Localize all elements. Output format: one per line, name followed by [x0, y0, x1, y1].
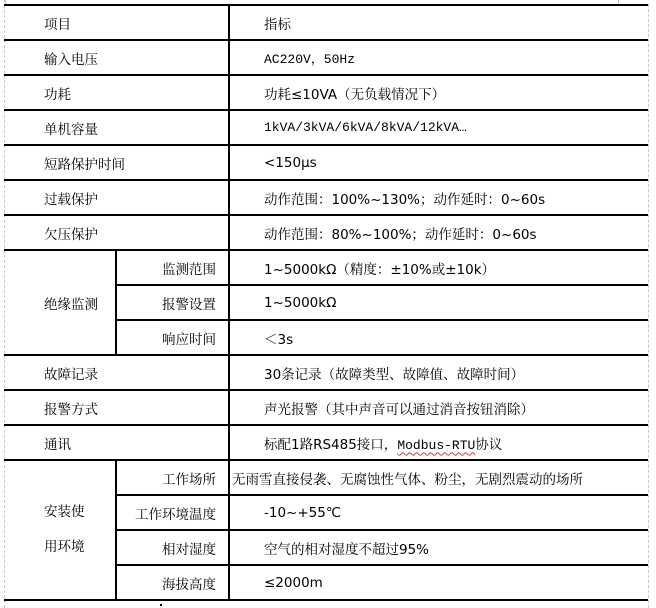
- sub-item-label: 响应时间: [116, 320, 229, 355]
- spec-table: 项目 指标 输入电压 AC220V，50Hz 功耗 功耗≤10VA（无负载情况下…: [4, 4, 648, 601]
- group-label-insulation: 绝缘监测: [4, 250, 116, 355]
- row-item-label: 欠压保护: [4, 215, 229, 250]
- row-value: 动作范围：100%~130%；动作延时：0~60s: [229, 180, 648, 215]
- table-row: 安装使 用环境 工作场所 无雨雪直接侵袭、无腐蚀性气体、粉尘，无剧烈震动的场所: [4, 460, 648, 495]
- protocol-name: Modbus-RTU: [397, 438, 475, 453]
- table-header-row: 项目 指标: [4, 5, 648, 40]
- row-item-label: 报警方式: [4, 390, 229, 425]
- row-value: ≤2000m: [229, 565, 648, 600]
- table-row: 功耗 功耗≤10VA（无负载情况下）: [4, 75, 648, 110]
- row-value: ＜3s: [229, 320, 648, 355]
- row-item-label: 功耗: [4, 75, 229, 110]
- group-label-line1: 安装使: [44, 495, 115, 530]
- row-value: <150μs: [229, 145, 648, 180]
- table-row: 短路保护时间 <150μs: [4, 145, 648, 180]
- row-item-label: 单机容量: [4, 110, 229, 145]
- row-value: 1~5000kΩ: [229, 285, 648, 320]
- row-value: 声光报警（其中声音可以通过消音按钮消除）: [229, 390, 648, 425]
- row-value: 无雨雪直接侵袭、无腐蚀性气体、粉尘，无剧烈震动的场所: [229, 460, 648, 495]
- row-value: 1~5000kΩ（精度：±10%或±10k）: [229, 250, 648, 285]
- row-item-label: 短路保护时间: [4, 145, 229, 180]
- table-row: 报警方式 声光报警（其中声音可以通过消音按钮消除）: [4, 390, 648, 425]
- row-value: 空气的相对湿度不超过95%: [229, 530, 648, 565]
- table-row: 绝缘监测 监测范围 1~5000kΩ（精度：±10%或±10k）: [4, 250, 648, 285]
- row-value: 功耗≤10VA（无负载情况下）: [229, 75, 648, 110]
- table-row: 输入电压 AC220V，50Hz: [4, 40, 648, 75]
- row-value: 标配1路RS485接口，Modbus-RTU协议: [229, 425, 648, 460]
- row-value: 30条记录（故障类型、故障值、故障时间）: [229, 355, 648, 390]
- row-item-label: 故障记录: [4, 355, 229, 390]
- table-row: 通讯 标配1路RS485接口，Modbus-RTU协议: [4, 425, 648, 460]
- paragraph-mark: [160, 604, 162, 606]
- row-item-label: 通讯: [4, 425, 229, 460]
- table-row: 故障记录 30条记录（故障类型、故障值、故障时间）: [4, 355, 648, 390]
- row-value: AC220V，50Hz: [229, 40, 648, 75]
- table-row: 单机容量 1kVA/3kVA/6kVA/8kVA/12kVA…: [4, 110, 648, 145]
- table-row: 欠压保护 动作范围：80%~100%；动作延时：0~60s: [4, 215, 648, 250]
- group-label-environment: 安装使 用环境: [4, 460, 116, 600]
- row-item-label: 输入电压: [4, 40, 229, 75]
- comm-suffix: 协议: [475, 437, 502, 453]
- table-row: 过载保护 动作范围：100%~130%；动作延时：0~60s: [4, 180, 648, 215]
- sub-item-label: 相对湿度: [116, 530, 229, 565]
- row-value: 1kVA/3kVA/6kVA/8kVA/12kVA…: [229, 110, 648, 145]
- row-item-label: 过载保护: [4, 180, 229, 215]
- sub-item-label: 报警设置: [116, 285, 229, 320]
- sub-item-label: 工作环境温度: [116, 495, 229, 530]
- header-item: 项目: [4, 5, 229, 40]
- page-margin-guide-right: [648, 4, 649, 608]
- row-value: -10~+55℃: [229, 495, 648, 530]
- comm-prefix: 标配1路RS485接口，: [264, 437, 397, 453]
- header-value: 指标: [229, 5, 648, 40]
- group-label-line2: 用环境: [44, 530, 115, 565]
- row-value: 动作范围：80%~100%；动作延时：0~60s: [229, 215, 648, 250]
- sub-item-label: 监测范围: [116, 250, 229, 285]
- sub-item-label: 工作场所: [116, 460, 229, 495]
- sub-item-label: 海拔高度: [116, 565, 229, 600]
